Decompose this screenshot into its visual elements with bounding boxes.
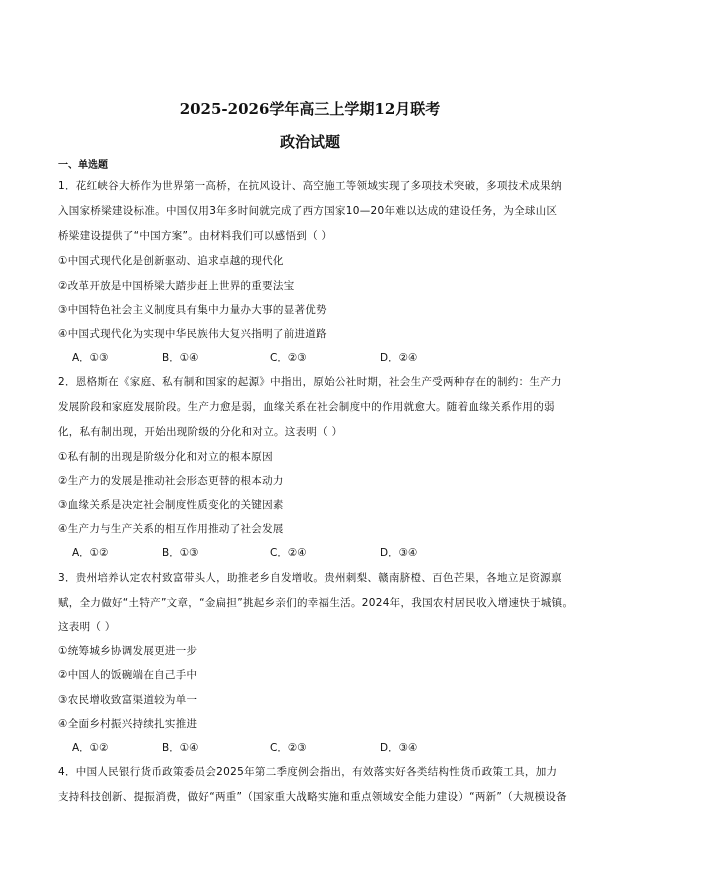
option-c[interactable]: C．②④ (270, 545, 307, 560)
question-stem-line: 这表明（ ） (58, 619, 116, 634)
statement-item: ②改革开放是中国桥梁大踏步赶上世界的重要法宝 (58, 278, 295, 293)
statement-item: ①中国式现代化是创新驱动、追求卓越的现代化 (58, 253, 284, 268)
exam-title: 2025-2026学年高三上学期12月联考 (0, 98, 620, 119)
exam-subject: 政治试题 (0, 131, 620, 152)
statement-item: ②中国人的饭碗端在自己手中 (58, 667, 197, 682)
section-heading: 一、单选题 (58, 156, 108, 171)
option-b[interactable]: B．①④ (162, 740, 199, 755)
statement-item: ④生产力与生产关系的相互作用推动了社会发展 (58, 521, 284, 536)
option-d[interactable]: D．③④ (380, 545, 417, 560)
statement-item: ③中国特色社会主义制度具有集中力量办大事的显著优势 (58, 302, 327, 317)
option-d[interactable]: D．②④ (380, 350, 417, 365)
option-a[interactable]: A．①② (72, 740, 109, 755)
question-stem-line: 3．贵州培养认定农村致富带头人，助推老乡自发增收。贵州刺梨、赣南脐橙、百色芒果，… (58, 570, 562, 585)
question-stem-line: 赋，全力做好“土特产”文章，“金扁担”挑起乡亲们的幸福生活。2024年，我国农村… (58, 595, 573, 610)
question-stem-line: 入国家桥梁建设标准。中国仅用3年多时间就完成了西方国家10—20年难以达成的建设… (58, 203, 557, 218)
question-stem-line: 发展阶段和家庭发展阶段。生产力愈是弱，血缘关系在社会制度中的作用就愈大。随着血缘… (58, 399, 555, 414)
statement-item: ①私有制的出现是阶级分化和对立的根本原因 (58, 449, 273, 464)
question-stem-line: 支持科技创新、提振消费，做好“两重”（国家重大战略实施和重点领域安全能力建设）“… (58, 789, 567, 804)
option-a[interactable]: A．①② (72, 545, 109, 560)
statement-item: ④中国式现代化为实现中华民族伟大复兴指明了前进道路 (58, 326, 327, 341)
option-d[interactable]: D．③④ (380, 740, 417, 755)
option-a[interactable]: A．①③ (72, 350, 109, 365)
statement-item: ③农民增收致富渠道较为单一 (58, 692, 197, 707)
statement-item: ①统筹城乡协调发展更进一步 (58, 643, 197, 658)
statement-item: ②生产力的发展是推动社会形态更替的根本动力 (58, 473, 284, 488)
statement-item: ③血缘关系是决定社会制度性质变化的关键因素 (58, 497, 284, 512)
question-stem-line: 1．花红峡谷大桥作为世界第一高桥，在抗风设计、高空施工等领域实现了多项技术突破，… (58, 178, 562, 193)
option-b[interactable]: B．①④ (162, 350, 199, 365)
question-stem-line: 桥梁建设提供了“中国方案”。由材料我们可以感悟到（ ） (58, 228, 332, 243)
question-stem-line: 4．中国人民银行货币政策委员会2025年第二季度例会指出，有效落实好各类结构性货… (58, 764, 557, 779)
option-c[interactable]: C．②③ (270, 740, 307, 755)
option-b[interactable]: B．①③ (162, 545, 199, 560)
question-stem-line: 2．恩格斯在《家庭、私有制和国家的起源》中指出，原始公社时期，社会生产受两种存在… (58, 374, 562, 389)
option-c[interactable]: C．②③ (270, 350, 307, 365)
statement-item: ④全面乡村振兴持续扎实推进 (58, 716, 197, 731)
question-stem-line: 化，私有制出现，开始出现阶级的分化和对立。这表明（ ） (58, 424, 342, 439)
